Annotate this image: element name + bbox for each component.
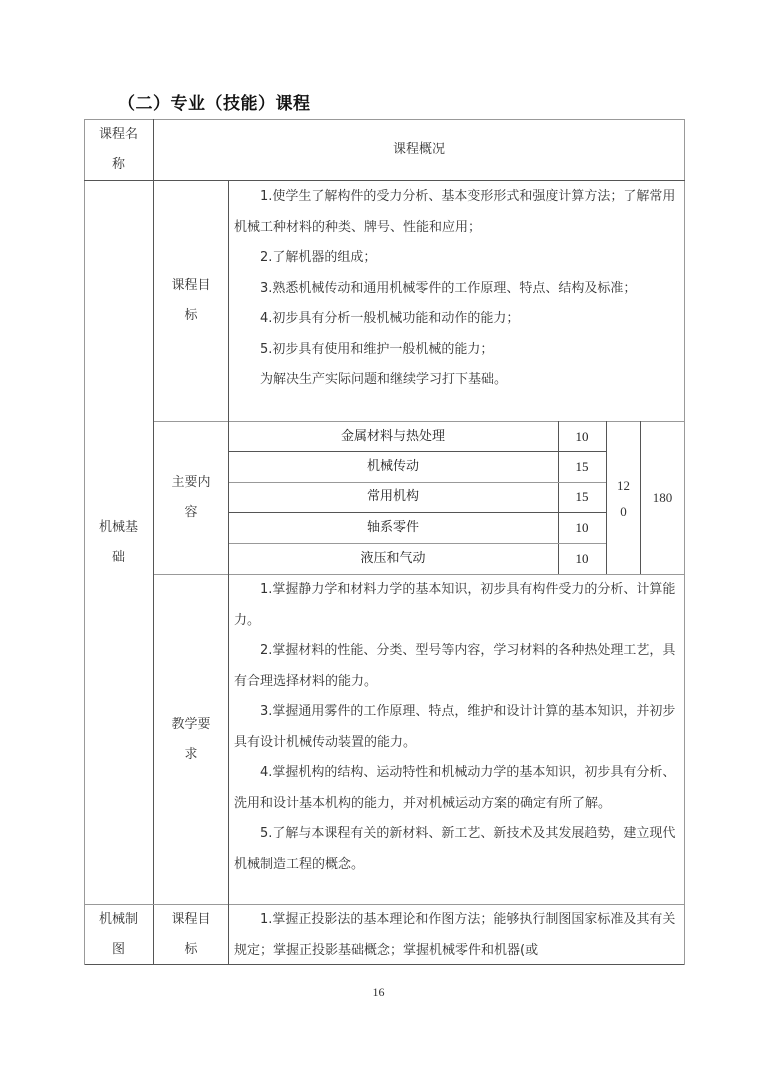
label-objectives: 课程目 标 (154, 905, 228, 964)
objective-3: 3.熟悉机械传动和通用机械零件的工作原理、特点、结构及标准； (234, 274, 680, 305)
course-name-line2: 图 (112, 935, 125, 965)
requirement-3: 3.掌握通用雾件的工作原理、特点，维护和设计计算的基本知识，并初步具有设计机械传… (234, 697, 680, 758)
content-item-hours: 10 (558, 422, 606, 452)
label-line1: 课程目 (171, 905, 210, 935)
content-item-hours: 15 (558, 452, 606, 482)
content-item-name: 机械传动 (228, 452, 558, 482)
requirement-5: 5.了解与本课程有关的新材料、新工艺、新技术及其发展趋势，建立现代机械制造工程的… (234, 819, 680, 880)
content-item-name: 液压和气动 (228, 544, 558, 574)
content-item-name: 常用机构 (228, 482, 558, 512)
label-line1: 主要内 (171, 468, 210, 498)
content-item-hours: 15 (558, 482, 606, 512)
section-title: （二）专业（技能）课程 (118, 89, 311, 114)
requirements-text: 1.掌握静力学和材料力学的基本知识，初步具有构件受力的分析、计算能力。 2.掌握… (234, 575, 680, 880)
label-main-content: 主要内 容 (154, 422, 228, 574)
page-number: 16 (0, 985, 757, 1000)
table-border-bottom (84, 964, 685, 965)
header-course-overview: 课程概况 (154, 119, 684, 180)
header-course-overview-label: 课程概况 (393, 135, 445, 165)
objectives-text: 1.掌握正投影法的基本理论和作图方法；能够执行制图国家标准及其有关规定；掌握正投… (234, 905, 680, 964)
content-item-name: 轴系零件 (228, 513, 558, 543)
course-name-mechanical-basics: 机械基 础 (84, 181, 153, 904)
subtotal-hours: 12 0 (607, 464, 640, 534)
label-line1: 教学要 (171, 710, 210, 740)
subtotal-line2: 0 (620, 499, 627, 525)
course-name-line2: 础 (112, 543, 125, 573)
total-hours-value: 180 (653, 483, 673, 513)
objective-2: 2.了解机器的组成； (234, 243, 680, 274)
header-course-name-line2: 称 (112, 150, 125, 180)
col-divider-2-overlay (228, 181, 229, 965)
label-line2: 容 (184, 498, 197, 528)
label-requirements: 教学要 求 (154, 575, 228, 904)
course-name-line1: 机械制 (99, 905, 138, 935)
label-line2: 标 (184, 935, 197, 965)
content-item-hours: 10 (558, 544, 606, 574)
label-line1: 课程目 (171, 271, 210, 301)
content-item-name: 金属材料与热处理 (228, 422, 558, 452)
total-hours: 180 (641, 422, 684, 574)
subtotal-line1: 12 (617, 473, 630, 499)
objective-summary: 为解决生产实际问题和继续学习打下基础。 (234, 365, 680, 396)
objective-1: 1.掌握正投影法的基本理论和作图方法；能够执行制图国家标准及其有关规定；掌握正投… (234, 905, 680, 964)
label-objectives: 课程目 标 (154, 181, 228, 421)
requirement-2: 2.掌握材料的性能、分类、型号等内容，学习材料的各种热处理工艺，具有合理选择材料… (234, 636, 680, 697)
label-line2: 标 (184, 301, 197, 331)
label-line2: 求 (184, 740, 197, 770)
course-name-line1: 机械基 (99, 513, 138, 543)
objectives-text: 1.使学生了解构件的受力分析、基本变形形式和强度计算方法；了解常用机械工种材料的… (234, 182, 680, 396)
course-table: 课程名 称 课程概况 机械基 础 课程目 标 1.使学生了解构件的受力分析、基本… (84, 119, 685, 965)
objective-1: 1.使学生了解构件的受力分析、基本变形形式和强度计算方法；了解常用机械工种材料的… (234, 182, 680, 243)
objective-5: 5.初步具有使用和维护一般机械的能力； (234, 335, 680, 366)
objective-4: 4.初步具有分析一般机械功能和动作的能力； (234, 304, 680, 335)
header-course-name: 课程名 称 (84, 119, 153, 180)
content-item-hours: 10 (558, 513, 606, 543)
requirement-1: 1.掌握静力学和材料力学的基本知识，初步具有构件受力的分析、计算能力。 (234, 575, 680, 636)
header-course-name-line1: 课程名 (99, 120, 138, 150)
requirement-4: 4.掌握机构的结构、运动特性和机械动力学的基本知识，初步具有分析、洗用和设计基本… (234, 758, 680, 819)
table-border-right (684, 119, 685, 965)
course-name-mechanical-drawing: 机械制 图 (84, 905, 153, 964)
